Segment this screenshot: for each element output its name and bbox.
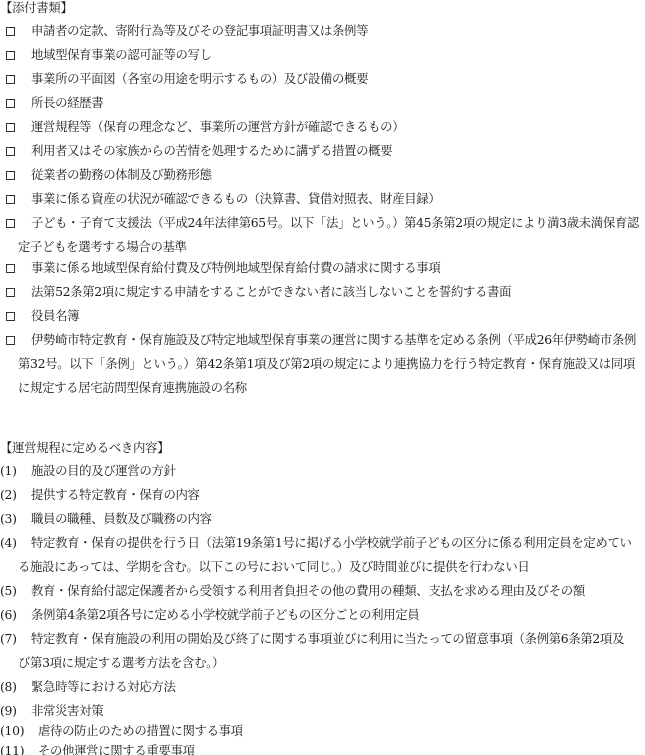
attachment-item: 地域型保育事業の認可証等の写し [31,47,212,63]
rule-number: (7) [0,631,17,647]
rule-item: 虐待の防止のための措置に関する事項 [38,723,243,739]
rule-item: 条例第4条第2項各号に定める小学校就学前子どもの区分ごとの利用定員 [31,607,419,623]
attachment-item: 事業所の平面図（各室の用途を明示するもの）及び設備の概要 [31,71,368,87]
rule-number: (2) [0,487,17,503]
rule-item-continuation: る施設にあっては、学期を含む。以下この号において同じ。）及び時間並びに提供を行わ… [18,559,529,575]
rule-item: 施設の目的及び運営の方針 [31,463,176,479]
checkbox-icon[interactable] [6,195,15,204]
rule-number: (4) [0,535,17,551]
checkbox-icon[interactable] [6,219,15,228]
checkbox-icon[interactable] [6,75,15,84]
attachment-item: 運営規程等（保育の理念など、事業所の運営方針が確認できるもの） [31,119,404,135]
checkbox-icon[interactable] [6,51,15,60]
attachments-heading: 【添付書類】 [0,0,73,16]
rule-item: 特定教育・保育施設の利用の開始及び終了に関する事項並びに利用に当たっての留意事項… [31,631,624,647]
rule-number: (1) [0,463,17,479]
checkbox-icon[interactable] [6,264,15,273]
rule-item: 教育・保育給付認定保護者から受領する利用者負担その他の費用の種類、支払を求める理… [31,583,585,599]
rule-item: 提供する特定教育・保育の内容 [31,487,200,503]
checkbox-icon[interactable] [6,288,15,297]
rule-item: 職員の職種、員数及び職務の内容 [31,511,212,527]
attachment-item-continuation: 定子どもを選考する場合の基準 [18,239,187,255]
rule-item: その他運営に関する重要事項 [38,743,195,755]
checkbox-icon[interactable] [6,312,15,321]
attachment-item-continuation: 第32号。以下「条例」という。）第42条第1項及び第2項の規定により連携協力を行… [18,356,635,372]
attachment-item: 子ども・子育て支援法（平成24年法律第65号。以下「法」という。）第45条第2項… [31,215,639,231]
attachment-item: 法第52条第2項に規定する申請をすることができない者に該当しないことを誓約する書… [31,284,511,300]
rule-number: (3) [0,511,17,527]
attachment-item: 所長の経歴書 [31,95,103,111]
rule-item: 緊急時等における対応方法 [31,679,176,695]
checkbox-icon[interactable] [6,99,15,108]
checkbox-icon[interactable] [6,171,15,180]
attachment-item-continuation: に規定する居宅訪問型保育連携施設の名称 [18,380,247,396]
rule-number: (5) [0,583,17,599]
rule-item: 特定教育・保育の提供を行う日（法第19条第1号に掲げる小学校就学前子どもの区分に… [31,535,632,551]
attachment-item: 事業に係る資産の状況が確認できるもの（決算書、貸借対照表、財産目録） [31,191,440,207]
rule-number: (8) [0,679,17,695]
attachment-item: 事業に係る地域型保育給付費及び特例地域型保育給付費の請求に関する事項 [31,260,440,276]
checkbox-icon[interactable] [6,147,15,156]
attachment-item: 申請者の定款、寄附行為等及びその登記事項証明書又は条例等 [31,23,368,39]
rule-number: (9) [0,703,17,719]
rules-heading: 【運営規程に定めるべき内容】 [0,440,169,456]
checkbox-icon[interactable] [6,27,15,36]
rule-number: (11) [0,743,24,755]
rule-number: (6) [0,607,17,623]
attachment-item: 役員名簿 [31,308,79,324]
attachment-item: 利用者又はその家族からの苦情を処理するために講ずる措置の概要 [31,143,392,159]
checkbox-icon[interactable] [6,123,15,132]
rule-item: 非常災害対策 [31,703,103,719]
attachment-item: 従業者の勤務の体制及び勤務形態 [31,167,212,183]
attachment-item: 伊勢崎市特定教育・保育施設及び特定地域型保育事業の運営に関する基準を定める条例（… [31,332,636,348]
rule-number: (10) [0,723,24,739]
rule-item-continuation: び第3項に規定する選考方法を含む。） [18,655,224,671]
checkbox-icon[interactable] [6,336,15,345]
